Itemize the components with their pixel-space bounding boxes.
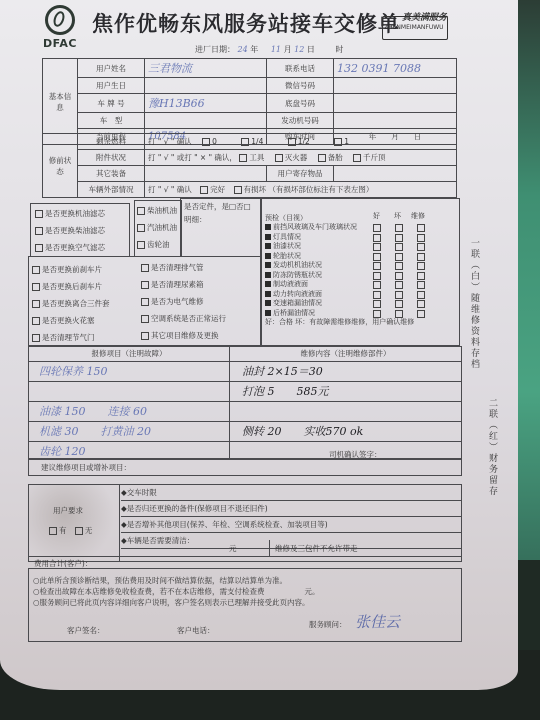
table-row: 其它装备 用户寄存物品	[43, 166, 457, 182]
date-year[interactable]: 24	[238, 45, 248, 54]
air-filter-checkbox[interactable]	[35, 244, 43, 252]
repair-content-entry[interactable]	[230, 402, 461, 422]
entry-date: 进厂日期： 24 年 11 月 12 日 时	[195, 44, 343, 55]
table-row: 修前状态 剩余燃料 打 " √ " 确认 0 1/4 1/2 1	[43, 134, 457, 150]
precheck-checkbox[interactable]	[373, 253, 381, 261]
repair-order-form: DFAC 焦作优畅东风服务站接车交修单 真美满服务 ZHENMEIMANFUWU…	[0, 0, 518, 690]
table-row: 附件状况 打 " √ " 或打 " × " 确认， 工具 灭火器 备胎 千斤顶	[43, 150, 457, 166]
precheck-checkbox[interactable]	[417, 234, 425, 242]
precheck-legend: 好：合格 坏：有故障需维修维修，用户确认维修	[265, 318, 414, 328]
stored-items-label: 用户寄存物品	[267, 166, 334, 182]
precheck-checkbox[interactable]	[417, 310, 425, 318]
repair-content-entry[interactable]: 油封 2×15＝30	[230, 362, 461, 382]
accessory-option-label: 灭火器	[285, 153, 308, 162]
filter-label: 是否更换柴油滤芯	[45, 226, 105, 235]
birthday-label: 用户生日	[78, 78, 145, 94]
precheck-checkbox[interactable]	[395, 281, 403, 289]
precheck-title: 预检（目视）	[265, 213, 307, 223]
reported-items-header: 报修项目（注明故障）	[29, 347, 229, 362]
table-row: 车辆外部情况 打 " √ " 确认 完好 有损坏 （有损坏部位标注有下表左图）	[43, 182, 457, 198]
precheck-item: 油漆状况	[273, 242, 301, 250]
precheck-item: 前挡风玻璃及车门玻璃状况	[273, 223, 357, 231]
form-title: 焦作优畅东风服务站接车交修单	[92, 8, 400, 38]
spare-tire-checkbox[interactable]	[318, 154, 326, 162]
precheck-checkbox[interactable]	[395, 272, 403, 280]
notes-box: ○此单所含预诊断结果，预估费用及时间不做结算依据，结算以结算单为准。 ○检查出故…	[28, 568, 462, 642]
suggest-row: 建议维修项目或增补项目： 司机确认签字：	[28, 458, 462, 476]
precheck-checkbox[interactable]	[373, 291, 381, 299]
fuel-option-label: 1	[344, 137, 349, 146]
customer-phone-label: 客户电话：	[177, 625, 215, 636]
precheck-checkbox[interactable]	[417, 262, 425, 270]
notes-currency: 元。	[305, 587, 320, 596]
exterior-instruction: 打 " √ " 确认	[148, 185, 192, 194]
exterior-label: 车辆外部情况	[78, 182, 145, 198]
column-bad: 坏	[394, 211, 401, 221]
brand-badge: 真美满服务 ZHENMEIMANFUWU	[382, 10, 452, 48]
request-yes-label: 有	[59, 526, 67, 535]
oil-label: 汽油机油	[147, 223, 177, 232]
warranty-note: 维修及三包件不允许带走	[275, 543, 358, 554]
electrical-checkbox[interactable]	[141, 298, 149, 306]
table-row: 用户生日 微信号码	[43, 78, 457, 94]
brand-en: ZHENMEIMANFUWU	[384, 24, 444, 31]
model-label: 车 型	[78, 113, 145, 129]
engine-field[interactable]	[334, 113, 457, 129]
precheck-checkbox[interactable]	[373, 224, 381, 232]
date-day-unit: 日	[307, 45, 315, 54]
precheck-checkbox[interactable]	[373, 281, 381, 289]
model-field[interactable]	[145, 113, 267, 129]
exterior-option-label: 完好	[210, 185, 225, 194]
repair-status-table: 修前状态 剩余燃料 打 " √ " 确认 0 1/4 1/2 1 附件状况 打 …	[42, 133, 457, 198]
accessory-instruction: 打 " √ " 或打 " × " 确认，	[148, 153, 237, 162]
rear-brake-checkbox[interactable]	[32, 283, 40, 291]
filter-label: 是否更换机油滤芯	[45, 209, 105, 218]
user-name-label: 用户姓名	[78, 59, 145, 78]
check-label: 是否更换后刹车片	[42, 282, 102, 291]
jack-checkbox[interactable]	[353, 154, 361, 162]
accessory-option-label: 备胎	[328, 153, 343, 162]
exterior-option-label: 有损坏	[244, 185, 267, 194]
wechat-label: 微信号码	[267, 78, 334, 94]
notes-list: ○此单所含预诊断结果，预估费用及时间不做结算依据，结算以结算单为准。 ○检查出故…	[33, 575, 320, 608]
form-header: DFAC 焦作优畅东风服务站接车交修单 真美满服务 ZHENMEIMANFUWU…	[0, 0, 518, 58]
reported-items-column: 报修项目（注明故障） 四轮保养 150 油漆 150 连接 60 机滤 30 打…	[29, 347, 230, 459]
dongfeng-logo-icon	[45, 5, 75, 35]
date-month-unit: 月	[284, 45, 292, 54]
request-no-label: 无	[85, 526, 93, 535]
precheck-checkbox[interactable]	[417, 272, 425, 280]
gear-oil-checkbox[interactable]	[137, 241, 145, 249]
date-month[interactable]: 11	[271, 45, 281, 54]
precheck-checkbox[interactable]	[373, 243, 381, 251]
precheck-checkbox[interactable]	[395, 224, 403, 232]
repair-content-column: 维修内容（注明维修部件） 油封 2×15＝30 打泡 5 585元 侧转 20 …	[230, 347, 461, 459]
note-item: 此单所含预诊断结果，预估费用及时间不做结算依据，结算以结算单为准。	[40, 576, 288, 585]
copy1-label: 一联（白）随维修资料存档	[468, 238, 481, 370]
logo-text: DFAC	[40, 37, 80, 50]
check-label: 是否清理排气管	[151, 263, 204, 272]
check-label: 空调系统是否正常运行	[151, 314, 226, 323]
precheck-checkbox[interactable]	[395, 310, 403, 318]
repair-items-box: 报修项目（注明故障） 四轮保养 150 油漆 150 连接 60 机滤 30 打…	[28, 346, 462, 460]
oils-box: 柴油机油 汽油机油 齿轮油	[134, 200, 182, 257]
advisor-label: 服务顾问：	[309, 619, 347, 630]
column-repair: 维修	[411, 211, 425, 221]
exterior-note: （有损坏部位标注有下表左图）	[268, 185, 373, 194]
tools-checkbox[interactable]	[239, 154, 247, 162]
table-row: 基本信息 用户姓名 三君物流 联系电话 132 0391 7088	[43, 59, 457, 78]
precheck-item: 后桥漏油情况	[273, 309, 315, 317]
oil-label: 柴油机油	[147, 206, 177, 215]
accessory-option-label: 千斤顶	[363, 153, 386, 162]
precheck-checkbox[interactable]	[395, 234, 403, 242]
exhaust-checkbox[interactable]	[141, 264, 149, 272]
phone-label: 联系电话	[267, 59, 334, 78]
basic-info-label: 基本信息	[43, 59, 78, 145]
diesel-filter-checkbox[interactable]	[35, 227, 43, 235]
note-item: 检查出故障在本店维修免收检查费，若不在本店维修，需支付检查费	[40, 587, 265, 596]
spare-part-detail[interactable]: 明细：	[184, 214, 258, 225]
check-label: 是否更换前刹车片	[42, 265, 102, 274]
precheck-checkbox[interactable]	[395, 300, 403, 308]
request-item[interactable]: 交车时限	[127, 488, 157, 497]
fuel-checkbox-0[interactable]	[202, 138, 210, 146]
exterior-intact-checkbox[interactable]	[200, 186, 208, 194]
request-item[interactable]: 是否归还更换的备件(保修项目不退还旧件)	[127, 504, 268, 513]
other-equipment-label: 其它装备	[78, 166, 145, 182]
repair-status-label: 修前状态	[43, 134, 78, 198]
brand-cn: 真美满服务	[402, 10, 447, 23]
precheck-item: 防冻防锈瓶状况	[273, 271, 322, 279]
precheck-checkbox[interactable]	[395, 262, 403, 270]
reported-item-entry[interactable]	[29, 382, 229, 402]
repair-content-entry[interactable]: 侧转 20 实收570 ok	[230, 422, 461, 442]
precheck-checkbox[interactable]	[373, 262, 381, 270]
precheck-item: 轮胎状况	[273, 252, 301, 260]
ac-checkbox[interactable]	[141, 315, 149, 323]
phone-field[interactable]: 132 0391 7088	[334, 59, 457, 78]
basic-info-table: 基本信息 用户姓名 三君物流 联系电话 132 0391 7088 用户生日 微…	[42, 58, 457, 145]
fuel-instruction: 打 " √ " 确认	[148, 137, 192, 146]
fuel-option-label: 0	[212, 137, 217, 146]
date-day[interactable]: 12	[294, 45, 304, 54]
precheck-checkbox-grid	[373, 223, 427, 318]
other-items-checkbox[interactable]	[141, 332, 149, 340]
stored-items-field[interactable]	[334, 166, 457, 182]
oil-label: 齿轮油	[147, 240, 170, 249]
check-label: 是否清理尿素箱	[151, 280, 204, 289]
throttle-checkbox[interactable]	[32, 334, 40, 342]
user-name-field[interactable]: 三君物流	[145, 59, 267, 78]
precheck-checkbox[interactable]	[395, 253, 403, 261]
chassis-label: 底盘号码	[267, 94, 334, 113]
precheck-checkbox[interactable]	[417, 253, 425, 261]
precheck-item: 变速箱漏油情况	[273, 299, 322, 307]
spark-plug-checkbox[interactable]	[32, 317, 40, 325]
precheck-checkbox[interactable]	[373, 300, 381, 308]
check-label: 是否清理节气门	[42, 333, 95, 342]
precheck-checkbox[interactable]	[417, 300, 425, 308]
dfac-logo: DFAC	[40, 5, 80, 50]
reported-item-entry[interactable]: 四轮保养 150	[29, 362, 229, 382]
filters-box: 是否更换机油滤芯 是否更换柴油滤芯 是否更换空气滤芯	[30, 203, 130, 257]
copy2-label: 二联（红）财务留存	[486, 398, 499, 497]
birthday-field[interactable]	[145, 78, 267, 94]
fuel-checkbox-full[interactable]	[334, 138, 342, 146]
precheck-checkbox[interactable]	[395, 291, 403, 299]
fuel-label: 剩余燃料	[78, 134, 145, 150]
repair-content-entry[interactable]: 打泡 5 585元	[230, 382, 461, 402]
engine-label: 发动机号码	[267, 113, 334, 129]
date-label: 进厂日期：	[195, 45, 235, 54]
accessory-option-label: 工具	[249, 153, 264, 162]
total-currency: 元	[229, 543, 237, 554]
fuel-option-label: 1/2	[298, 137, 310, 146]
total-row: 元 维修及三包件不允许带走	[28, 540, 462, 557]
check-label: 是否更换离合三件套	[42, 299, 110, 308]
oil-filter-checkbox[interactable]	[35, 210, 43, 218]
reported-item-entry[interactable]: 油漆 150 连接 60	[29, 402, 229, 422]
checks-box: 是否更换前刹车片 是否更换后刹车片 是否更换离合三件套 是否更换火花塞 是否清理…	[28, 256, 262, 346]
table-row: 车 牌 号 豫H13B66 底盘号码	[43, 94, 457, 113]
filter-label: 是否更换空气滤芯	[45, 243, 105, 252]
urea-tank-checkbox[interactable]	[141, 281, 149, 289]
gas-oil-checkbox[interactable]	[137, 224, 145, 232]
fuel-checkbox-quarter[interactable]	[241, 138, 249, 146]
reported-item-entry[interactable]: 机滤 30 打黄油 20	[29, 422, 229, 442]
customer-sign-label: 客户签名：	[67, 625, 105, 636]
plate-label: 车 牌 号	[78, 94, 145, 113]
suggest-label: 建议维修项目或增补项目：	[41, 462, 131, 473]
advisor-signature[interactable]: 张佳云	[355, 611, 400, 632]
precheck-box: 预检（目视） 好 坏 维修 前挡风玻璃及车门玻璃状况 灯具情况 油漆状况 轮胎状…	[260, 198, 460, 346]
check-label: 是否更换火花塞	[42, 316, 95, 325]
repair-content-header: 维修内容（注明维修部件）	[230, 347, 461, 362]
driver-sign-label: 司机确认签字：	[329, 449, 382, 460]
precheck-checkbox[interactable]	[417, 224, 425, 232]
request-no-checkbox[interactable]	[75, 527, 83, 535]
precheck-checkbox[interactable]	[373, 234, 381, 242]
precheck-checkbox[interactable]	[373, 272, 381, 280]
customer-request-label: 用户要求	[53, 505, 83, 516]
precheck-item: 动力转向液液面	[273, 290, 322, 298]
chassis-field[interactable]	[334, 94, 457, 113]
precheck-checkbox[interactable]	[417, 291, 425, 299]
precheck-checkbox[interactable]	[417, 243, 425, 251]
spare-part-question: 是否定件，是□否□	[184, 201, 258, 212]
clutch-checkbox[interactable]	[32, 300, 40, 308]
column-good: 好	[373, 211, 380, 221]
exterior-options: 打 " √ " 确认 完好 有损坏 （有损坏部位标注有下表左图）	[145, 182, 457, 198]
note-item: 服务顾问已将此页内容详细向客户说明，客户签名则表示已理解并接受此页内容。	[40, 598, 310, 607]
precheck-checkbox[interactable]	[395, 243, 403, 251]
exterior-damaged-checkbox[interactable]	[234, 186, 242, 194]
table-row: 车 型 发动机号码	[43, 113, 457, 129]
precheck-item: 发动机机油状况	[273, 261, 322, 269]
diesel-oil-checkbox[interactable]	[137, 207, 145, 215]
fuel-option-label: 1/4	[251, 137, 263, 146]
wechat-field[interactable]	[334, 78, 457, 94]
precheck-checkbox[interactable]	[373, 310, 381, 318]
date-year-unit: 年	[250, 45, 258, 54]
accessory-options: 打 " √ " 或打 " × " 确认， 工具 灭火器 备胎 千斤顶	[145, 150, 457, 166]
check-label: 是否为电气维修	[151, 297, 204, 306]
date-hour-unit: 时	[335, 45, 343, 54]
precheck-item: 灯具情况	[273, 233, 301, 241]
extinguisher-checkbox[interactable]	[275, 154, 283, 162]
front-brake-checkbox[interactable]	[32, 266, 40, 274]
precheck-checkbox[interactable]	[417, 281, 425, 289]
check-label: 其它项目维修及更换	[151, 331, 219, 340]
fuel-options: 打 " √ " 确认 0 1/4 1/2 1	[145, 134, 457, 150]
accessory-label: 附件状况	[78, 150, 145, 166]
request-item[interactable]: 是否增补其他项目(保养、年检、空调系统检查、加装项目等)	[127, 520, 328, 529]
request-yes-checkbox[interactable]	[49, 527, 57, 535]
spare-part-box: 是否定件，是□否□ 明细：	[180, 198, 262, 257]
plate-field[interactable]: 豫H13B66	[145, 94, 267, 113]
other-equipment-field[interactable]	[145, 166, 267, 182]
fuel-checkbox-half[interactable]	[288, 138, 296, 146]
precheck-item: 制动液液面	[273, 280, 308, 288]
